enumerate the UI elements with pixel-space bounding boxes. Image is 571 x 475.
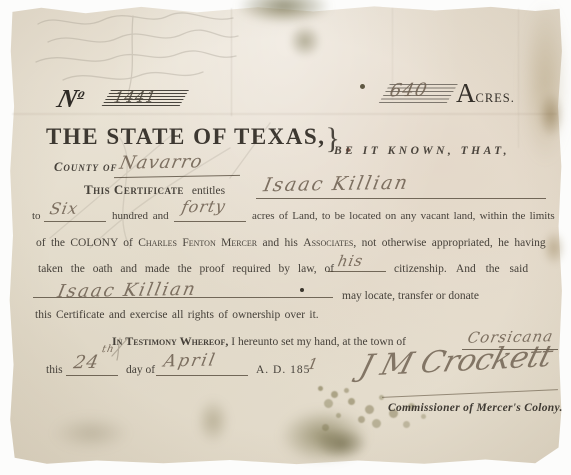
- acres-label: ACRES.: [456, 78, 515, 109]
- citizenship-underline: [328, 271, 386, 272]
- ownership-row: this Certificate and exercise all rights…: [35, 305, 319, 323]
- fold-crease: [12, 113, 557, 115]
- to-label: to: [32, 210, 41, 222]
- month-value: April: [162, 351, 218, 372]
- fold-crease: [518, 8, 519, 148]
- stain-right-edge: [522, 2, 568, 162]
- acres-clause-row: acres of Land, to be located on any vaca…: [252, 206, 555, 224]
- colony-clause: of the COLONY of Charles Fenton Mercer a…: [36, 237, 546, 249]
- tens-value: forty: [180, 197, 228, 217]
- grantee-name-2: Isaac Killian: [56, 279, 199, 302]
- grantee-underline: [256, 198, 546, 199]
- colony-mid: and his: [257, 237, 303, 249]
- citizenship-row: citizenship. And the said: [394, 259, 528, 277]
- speckle-cluster: [318, 386, 323, 391]
- ownership-clause: this Certificate and exercise all rights…: [35, 309, 319, 321]
- ink-spot: [300, 288, 304, 292]
- acres-initial: A: [456, 78, 476, 108]
- be-it-known-text: BE IT KNOWN, THAT,: [334, 145, 510, 157]
- locate-clause: may locate, transfer or donate: [342, 290, 479, 302]
- hundred-and-row: hundred and: [112, 206, 169, 224]
- county-label: County of: [54, 160, 117, 174]
- hundred-and-label: hundred and: [112, 210, 169, 222]
- commissioner-row: Commissioner of Mercer's Colony.: [388, 398, 563, 416]
- stain-top-2: [288, 24, 322, 58]
- stain-right: [538, 92, 564, 138]
- colony-pre: of the COLONY of: [36, 237, 138, 249]
- month-underline: [156, 375, 248, 376]
- colony-name: Charles Fenton Mercer: [138, 237, 257, 249]
- entitles-label: entitles: [192, 185, 225, 197]
- grantee-name: Isaac Killian: [262, 172, 411, 197]
- colony-row: of the COLONY of Charles Fenton Mercer a…: [36, 233, 546, 251]
- stain-bottom-left-2: [196, 398, 230, 444]
- certificate-number-value: 1441: [112, 88, 158, 107]
- ink-spot: [360, 84, 365, 89]
- day-underline: [66, 375, 118, 376]
- oath-clause: taken the oath and made the proof requir…: [38, 263, 334, 275]
- hundreds-underline: [44, 221, 106, 222]
- commissioner-title: Commissioner of Mercer's Colony.: [388, 402, 563, 414]
- stain-bottom: [316, 428, 368, 460]
- colony-associates: Associates,: [303, 237, 356, 249]
- stain-bottom-left: [52, 416, 130, 450]
- tens-underline: [174, 221, 246, 222]
- scanned-certificate: No 1441 640 ACRES. THE STATE OF TEXAS,} …: [0, 0, 571, 475]
- day-suffix: th: [101, 344, 116, 355]
- testimony-row: In Testimony Whereof, I hereunto set my …: [112, 332, 406, 350]
- this-row: this: [46, 360, 63, 378]
- showthrough-writing: [18, 6, 248, 98]
- to-label-row: to: [32, 206, 41, 224]
- day-value: 24: [72, 352, 101, 373]
- acres-clause: acres of Land, to be located on any vaca…: [252, 210, 555, 222]
- acres-value: 640: [388, 80, 430, 102]
- be-it-known: BE IT KNOWN, THAT,: [334, 141, 510, 159]
- this-label: this: [46, 364, 63, 376]
- title-text: THE STATE OF TEXAS,: [46, 124, 325, 149]
- colony-post: not otherwise appropriated, he having: [356, 237, 545, 249]
- county-value: Navarro: [118, 151, 205, 173]
- year-row: A. D. 185: [256, 360, 310, 378]
- year-printed: A. D. 185: [256, 364, 310, 376]
- county-line: County of: [54, 158, 117, 176]
- oath-row: taken the oath and made the proof requir…: [38, 259, 334, 277]
- no-label: No: [54, 84, 88, 114]
- certificate-number-block: No: [58, 84, 83, 114]
- citizenship-clause: citizenship. And the said: [394, 263, 528, 275]
- acres-rest: CRES.: [476, 91, 515, 105]
- hundreds-value: Six: [48, 199, 80, 218]
- citizenship-hw: his: [336, 252, 365, 270]
- locate-row: may locate, transfer or donate: [342, 286, 479, 304]
- certificate-lead: This Certificate: [84, 182, 184, 197]
- day-of-label: day of: [126, 364, 155, 376]
- testimony-rest: I hereunto set my hand, at the town of: [228, 336, 406, 348]
